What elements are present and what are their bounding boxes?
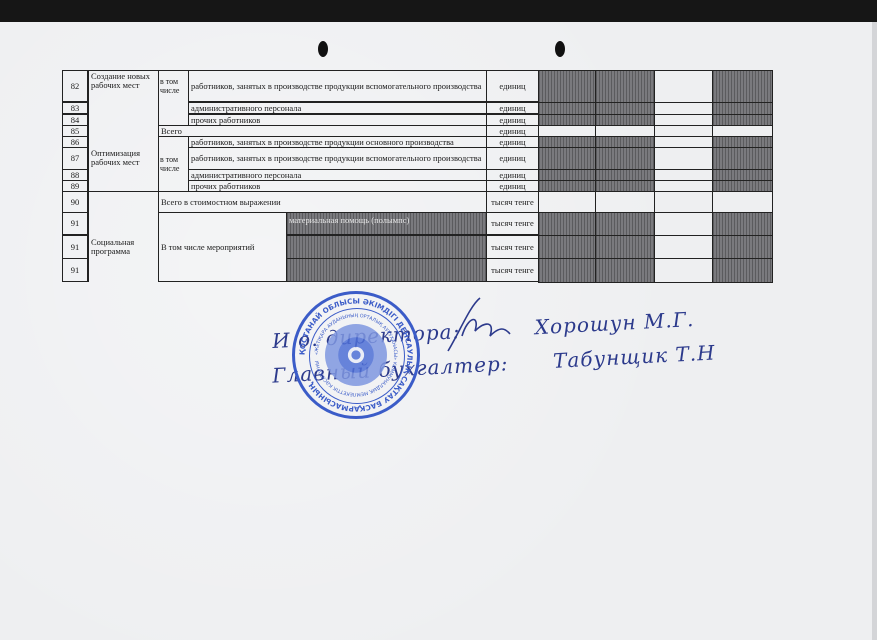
- value-cell: [654, 191, 713, 213]
- group-label: Создание новых рабочих мест: [88, 70, 159, 126]
- value-cell: [654, 212, 713, 236]
- value-cell: [712, 212, 773, 236]
- value-cell: [595, 191, 655, 213]
- row-number: 91: [62, 235, 88, 259]
- signature-scribble: [440, 296, 520, 356]
- value-cell: [538, 147, 596, 170]
- row-description: работников, занятых в производстве проду…: [188, 147, 487, 170]
- scanner-top-edge: [0, 0, 877, 22]
- value-cell: [595, 258, 655, 283]
- value-cell: [595, 212, 655, 236]
- value-cell: [654, 70, 713, 103]
- value-cell: [712, 258, 773, 283]
- row-number: 82: [62, 70, 88, 102]
- row-number: 91: [62, 212, 88, 235]
- group-label: Социальная программа: [88, 212, 159, 282]
- value-cell: [595, 235, 655, 259]
- row-description: материальная помощь (полымпс): [286, 212, 487, 235]
- row-description: [286, 258, 487, 282]
- value-cell: [538, 235, 596, 259]
- value-cell: [538, 212, 596, 236]
- punch-hole: [555, 41, 565, 57]
- value-cell: [712, 147, 773, 170]
- value-cell: [712, 70, 773, 103]
- official-stamp: ҚОСТАНАЙ ОБЛЫСЫ ӘКІМДІГІ ДЕНСАУЛЫҚ САҚТА…: [292, 291, 420, 419]
- row-unit: единиц: [486, 147, 539, 170]
- row-description: работников, занятых в производстве проду…: [188, 70, 487, 102]
- subgroup-label: в том числе: [158, 136, 189, 191]
- row-number: 91: [62, 258, 88, 282]
- row-unit: тысяч тенге: [486, 191, 539, 213]
- value-cell: [595, 70, 655, 103]
- row-number: 83: [62, 102, 88, 114]
- punch-hole: [318, 41, 328, 57]
- value-cell: [538, 191, 596, 213]
- subgroup-label: В том числе мероприятий: [158, 212, 287, 282]
- row-description: административного персонала: [188, 102, 487, 114]
- row-unit: тысяч тенге: [486, 258, 539, 282]
- value-cell: [538, 70, 596, 103]
- value-cell: [538, 258, 596, 283]
- row-description: Всего в стоимостном выражении: [158, 191, 487, 213]
- page-right-edge: [872, 22, 877, 640]
- value-cell: [595, 147, 655, 170]
- value-cell: [712, 235, 773, 259]
- row-unit: тысяч тенге: [486, 212, 539, 235]
- row-number: 87: [62, 147, 88, 170]
- subgroup-label: в том числе: [158, 70, 189, 126]
- row-unit: единиц: [486, 70, 539, 102]
- value-cell: [654, 147, 713, 170]
- report-table: 82 Создание новых рабочих мест в том чис…: [62, 70, 772, 282]
- row-unit: тысяч тенге: [486, 235, 539, 259]
- svg-text:«ЖЕТІҚАРА АУДАНЫНЫҢ ОРТАЛЫҚ АУ: «ЖЕТІҚАРА АУДАНЫНЫҢ ОРТАЛЫҚ АУРУХАНАСЫ» …: [314, 313, 398, 397]
- row-description: [286, 235, 487, 259]
- value-cell: [712, 191, 773, 213]
- row-number: 90: [62, 191, 88, 213]
- value-cell: [654, 258, 713, 283]
- group-label: Оптимизация рабочих мест: [88, 125, 159, 191]
- stamp-ring-text: ҚОСТАНАЙ ОБЛЫСЫ ӘКІМДІГІ ДЕНСАУЛЫҚ САҚТА…: [295, 294, 417, 416]
- value-cell: [654, 235, 713, 259]
- row-unit: единиц: [486, 102, 539, 114]
